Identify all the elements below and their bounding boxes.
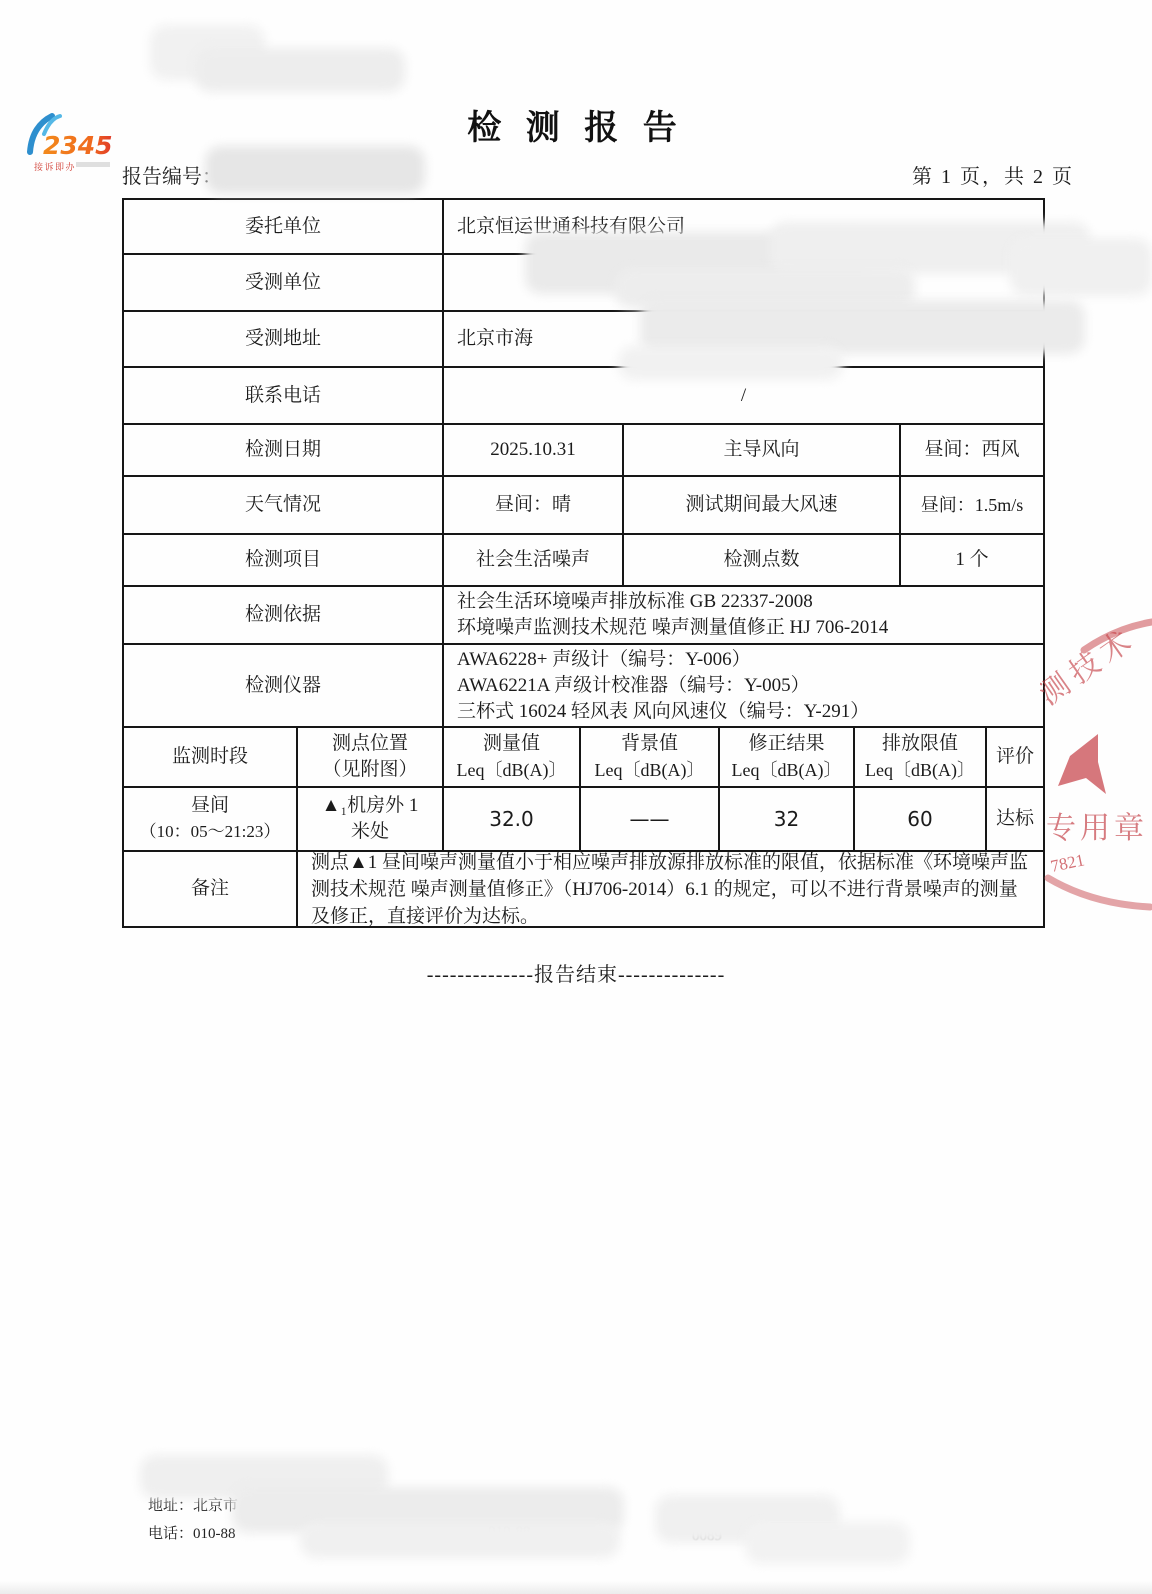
row-label-2: 主导风向 [622, 425, 899, 475]
redaction-blob [745, 1522, 910, 1564]
row-value-2: 昼间：1.5m/s [899, 477, 1043, 533]
scan-edge-shadow [0, 1580, 1152, 1594]
row-label: 天气情况 [124, 477, 442, 533]
basis-line-1: 社会生活环境噪声排放标准 GB 22337-2008 [457, 589, 813, 615]
header-measured: 测量值 Leq〔dB(A)〕 [442, 728, 579, 786]
noise-table-header-row: 监测时段 测点位置 （见附图） 测量值 Leq〔dB(A)〕 背景值 Leq〔d… [124, 726, 1043, 786]
header-background: 背景值 Leq〔dB(A)〕 [579, 728, 718, 786]
redaction-blob [300, 1522, 620, 1558]
instrument-line-1: AWA6228+ 声级计（编号：Y-006） [457, 647, 751, 673]
cell-location-line2: 米处 [351, 819, 389, 845]
footer-phone: 电话：010-88 [148, 1522, 236, 1543]
row-label: 受测单位 [124, 255, 442, 310]
cell-period: 昼间 （10：05～21:23） [124, 788, 296, 850]
cell-corrected: 32 [718, 788, 853, 850]
header-measured-line2: Leq〔dB(A)〕 [457, 757, 567, 783]
header-evaluation: 评价 [985, 728, 1043, 786]
row-value-2: 昼间：西风 [899, 425, 1043, 475]
table-row-test-basis: 检测依据 社会生活环境噪声排放标准 GB 22337-2008 环境噪声监测技术… [124, 585, 1043, 643]
table-row-test-item: 检测项目 社会生活噪声 检测点数 1 个 [124, 533, 1043, 585]
header-limit-line1: 排放限值 [882, 731, 958, 757]
page-title: 检 测 报 告 [0, 100, 1152, 149]
report-page: 2345 接诉即办 检 测 报 告 报告编号： 第 1 页，共 2 页 委托单位… [0, 0, 1152, 1594]
redaction-blob [618, 346, 843, 380]
row-value: 昼间：晴 [442, 477, 622, 533]
report-end-marker: --------------报告结束-------------- [0, 958, 1152, 987]
stamp-graphic: 测技术 专用章 7821 [1040, 616, 1152, 916]
header-location: 测点位置 （见附图） [296, 728, 442, 786]
redaction-blob [205, 146, 425, 194]
official-seal-stamp: 测技术 专用章 7821 [1040, 616, 1152, 916]
row-label: 联系电话 [124, 368, 442, 423]
instrument-line-3: 三杯式 16024 轻风表 风向风速仪（编号：Y-291） [457, 699, 869, 725]
header-limit: 排放限值 Leq〔dB(A)〕 [853, 728, 985, 786]
remark-text: 测点▲1 昼间噪声测量值小于相应噪声排放源排放标准的限值，依据标准《环境噪声监测… [296, 852, 1043, 926]
header-limit-line2: Leq〔dB(A)〕 [865, 757, 975, 783]
redaction-blob [1010, 238, 1152, 296]
row-value: 社会生活噪声 [442, 535, 622, 585]
stamp-rim-bottom [1048, 878, 1150, 907]
row-label: 委托单位 [124, 200, 442, 253]
noise-table-data-row: 昼间 （10：05～21:23） ▲₁机房外 1 米处 32.0 —— 32 6… [124, 786, 1043, 850]
cell-evaluation: 达标 [985, 788, 1043, 850]
logo-subtext-bar [76, 162, 110, 167]
row-label: 备注 [124, 852, 296, 926]
stamp-digits: 7821 [1049, 850, 1086, 876]
row-label: 检测仪器 [124, 645, 442, 726]
header-background-line1: 背景值 [621, 731, 678, 757]
table-row-contact-phone: 联系电话 / [124, 366, 1043, 423]
header-corrected: 修正结果 Leq〔dB(A)〕 [718, 728, 853, 786]
cell-location: ▲₁机房外 1 米处 [296, 788, 442, 850]
logo-tagline: 接诉即办 [34, 161, 76, 172]
row-label: 受测地址 [124, 312, 442, 366]
header-corrected-line2: Leq〔dB(A)〕 [732, 757, 842, 783]
table-row-weather: 天气情况 昼间：晴 测试期间最大风速 昼间：1.5m/s [124, 475, 1043, 533]
header-corrected-line1: 修正结果 [748, 731, 824, 757]
redaction-blob [195, 48, 405, 92]
cell-limit: 60 [853, 788, 985, 850]
cell-period-line2: （10：05～21:23） [140, 819, 281, 845]
row-label: 检测依据 [124, 587, 442, 643]
row-label-2: 测试期间最大风速 [622, 477, 899, 533]
stamp-seal-label: 专用章 [1046, 812, 1148, 845]
row-label: 检测项目 [124, 535, 442, 585]
table-row-instruments: 检测仪器 AWA6228+ 声级计（编号：Y-006） AWA6221A 声级计… [124, 643, 1043, 726]
cell-background: —— [579, 788, 718, 850]
row-value: 社会生活环境噪声排放标准 GB 22337-2008 环境噪声监测技术规范 噪声… [442, 587, 1043, 643]
row-label: 检测日期 [124, 425, 442, 475]
row-value: AWA6228+ 声级计（编号：Y-006） AWA6221A 声级计校准器（编… [442, 645, 1043, 726]
star-icon [1058, 734, 1106, 794]
header-period: 监测时段 [124, 728, 296, 786]
cell-period-line1: 昼间 [191, 793, 229, 819]
row-label-2: 检测点数 [622, 535, 899, 585]
row-value-2: 1 个 [899, 535, 1043, 585]
cell-measured: 32.0 [442, 788, 579, 850]
instrument-line-2: AWA6221A 声级计校准器（编号：Y-005） [457, 673, 810, 699]
table-row-remark: 备注 测点▲1 昼间噪声测量值小于相应噪声排放源排放标准的限值，依据标准《环境噪… [124, 850, 1043, 926]
page-indicator: 第 1 页，共 2 页 [912, 160, 1074, 189]
row-value: 2025.10.31 [442, 425, 622, 475]
stamp-arc-text: 测技术 [1040, 621, 1143, 712]
header-background-line2: Leq〔dB(A)〕 [595, 757, 705, 783]
basis-line-2: 环境噪声监测技术规范 噪声测量值修正 HJ 706-2014 [457, 615, 888, 641]
header-measured-line1: 测量值 [483, 731, 540, 757]
header-location-line2: （见附图） [322, 757, 417, 783]
header-location-line1: 测点位置 [332, 731, 408, 757]
cell-location-line1: ▲₁机房外 1 [322, 793, 419, 819]
table-row-test-date: 检测日期 2025.10.31 主导风向 昼间：西风 [124, 423, 1043, 475]
